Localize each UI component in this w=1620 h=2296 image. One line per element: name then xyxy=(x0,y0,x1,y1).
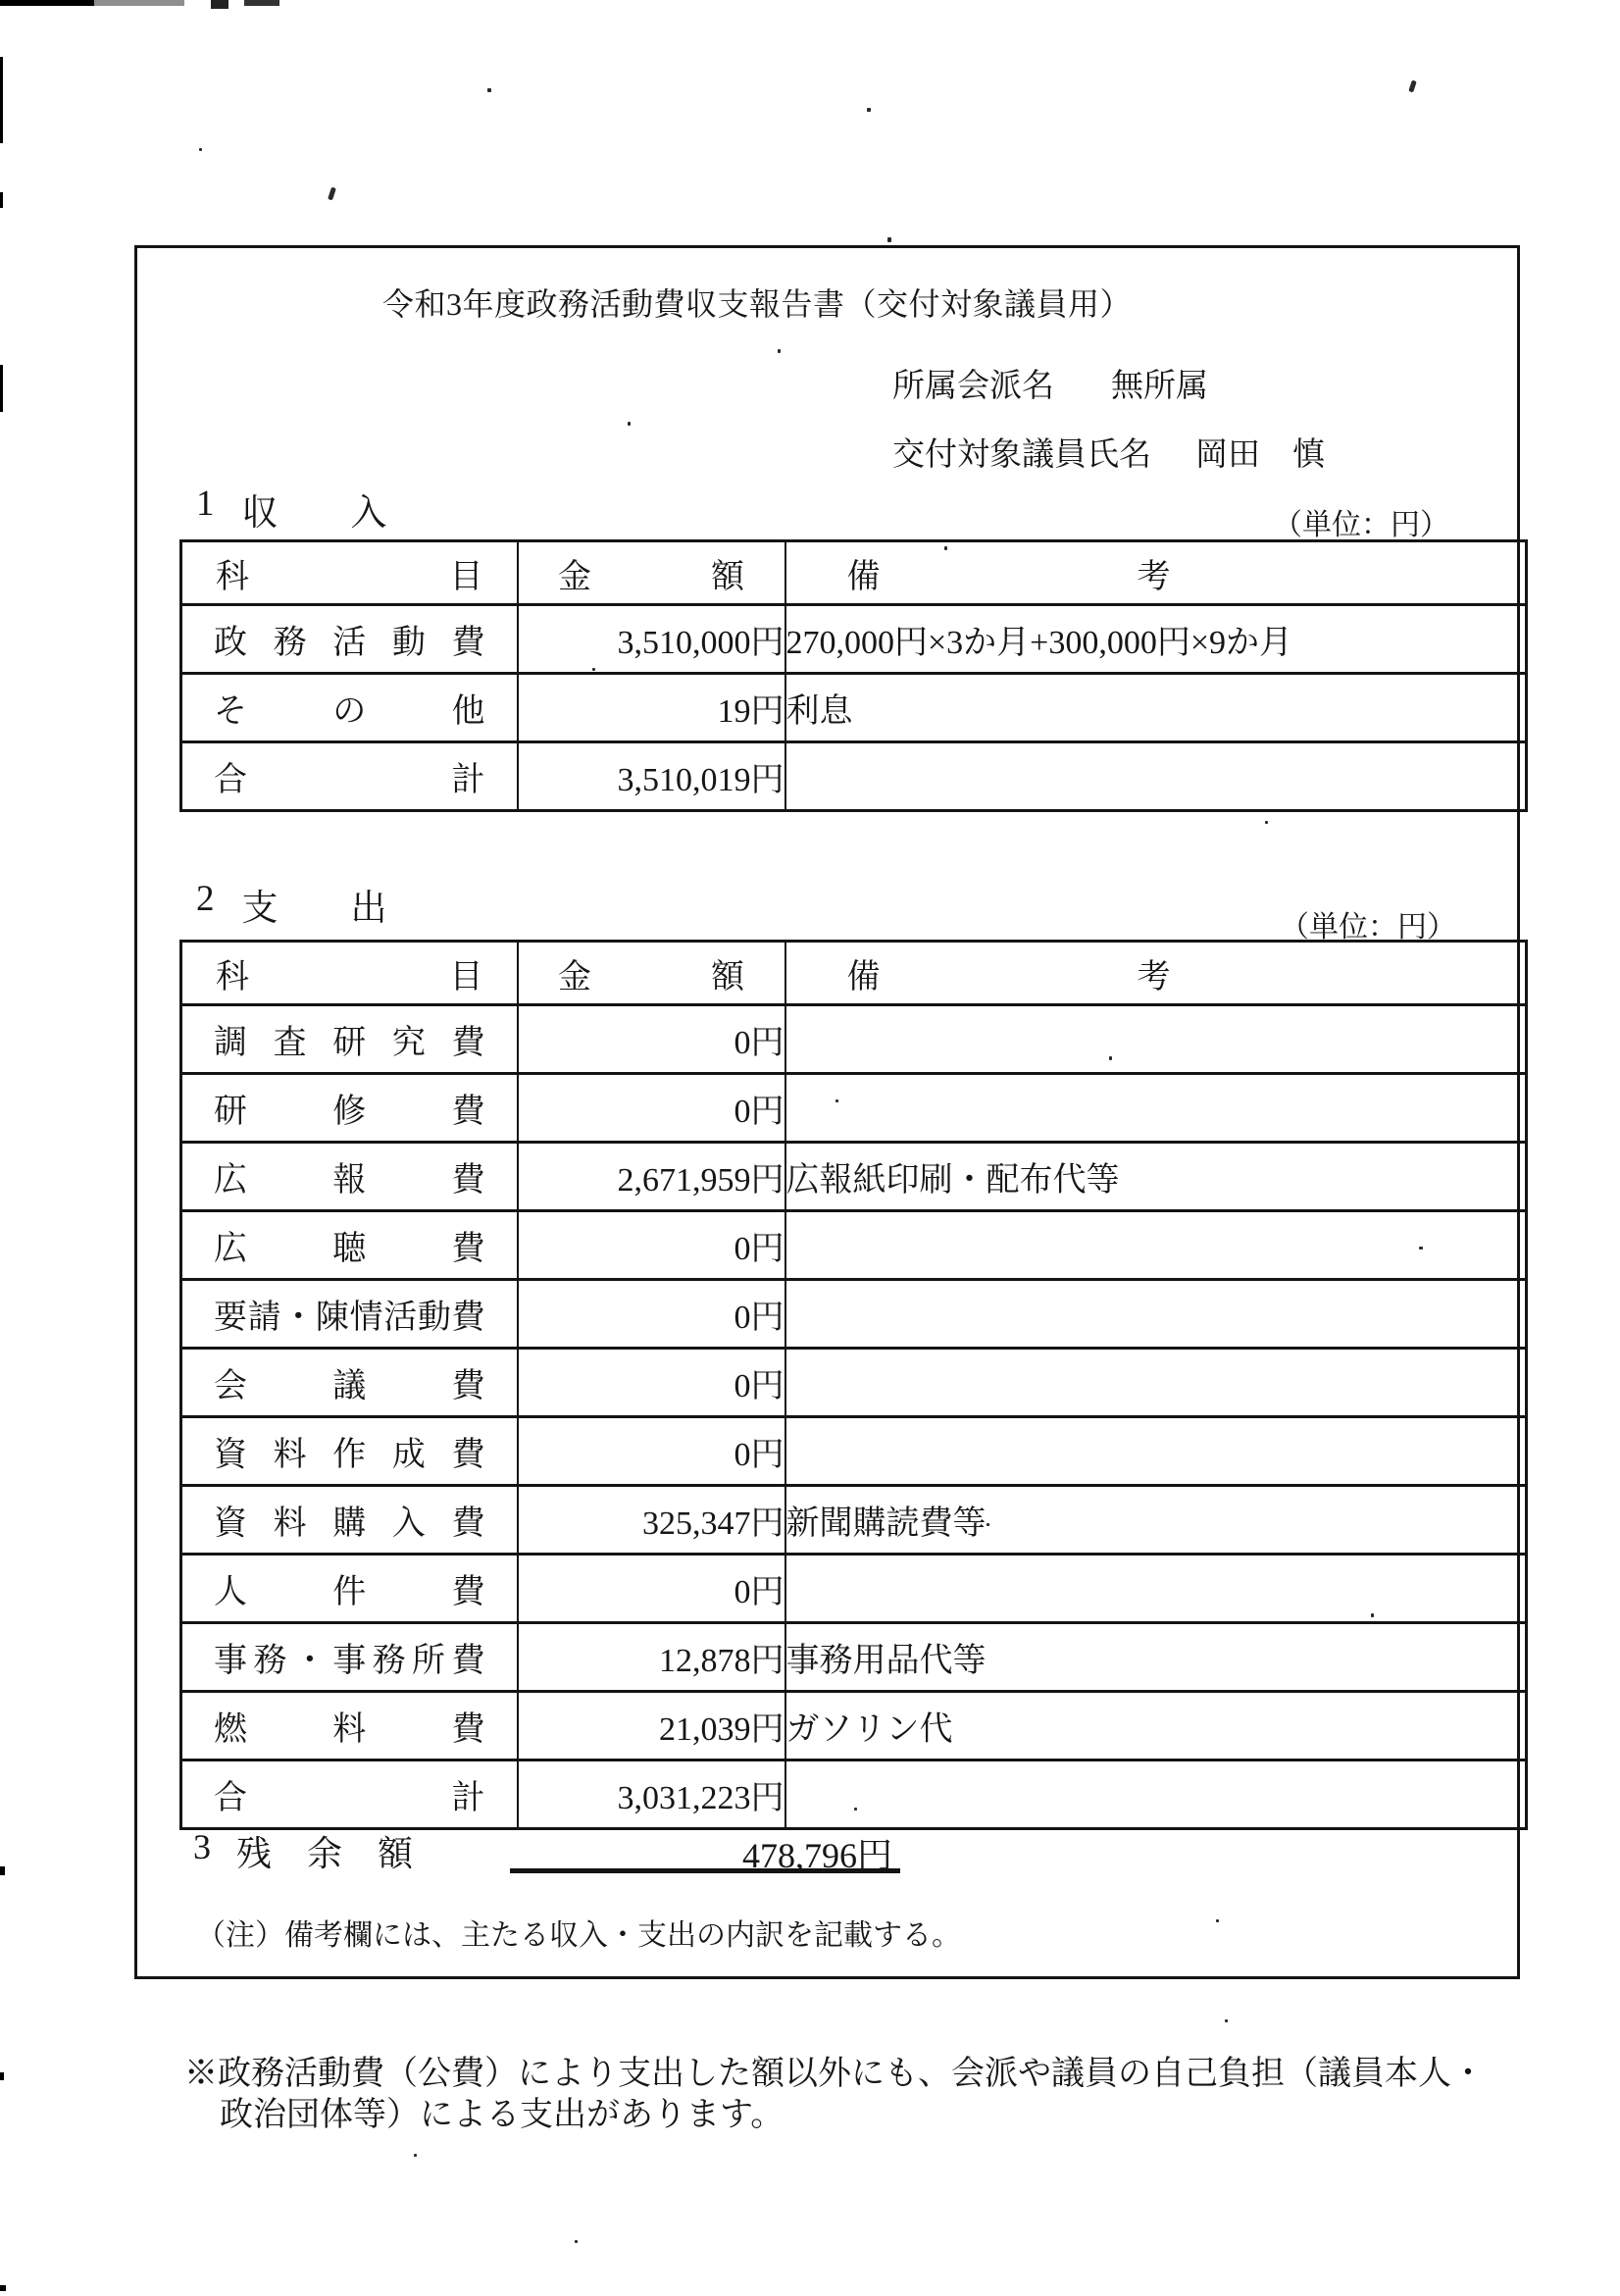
member-name-label: 交付対象議員氏名 xyxy=(892,429,1151,475)
income-amount-cell: 3,510,019円 xyxy=(518,742,785,811)
expense-amount-cell: 0円 xyxy=(518,1074,785,1143)
expense-item-cell: 事務・事務所費 xyxy=(181,1623,518,1692)
expense-amount-cell: 2,671,959円 xyxy=(518,1143,785,1211)
income-note-cell: 利息 xyxy=(785,674,1527,742)
expense-table: 科目金額備考 調査研究費0円研修費0円広報費2,671,959円広報紙印刷・配布… xyxy=(179,940,1528,1830)
scan-artifact xyxy=(0,365,3,412)
remarks-note: （注）備考欄には、主たる収入・支出の内訳を記載する。 xyxy=(196,1911,961,1954)
expense-note-cell: 新聞購読費等 xyxy=(785,1486,1527,1555)
income-item-cell: その他 xyxy=(181,674,518,742)
expense-amount-cell: 0円 xyxy=(518,1005,785,1074)
expense-note-cell: ガソリン代 xyxy=(785,1692,1527,1760)
scan-artifact xyxy=(0,0,94,6)
income-table: 科目金額備考 政務活動費3,510,000円270,000円×3か月+300,0… xyxy=(179,539,1528,812)
section-expense-heading: 2 支 出 xyxy=(196,878,387,931)
income-column-header: 金額 xyxy=(518,541,785,605)
expense-amount-cell: 0円 xyxy=(518,1211,785,1280)
expense-row: 人件費0円 xyxy=(181,1555,1527,1623)
expense-row: 広報費2,671,959円広報紙印刷・配布代等 xyxy=(181,1143,1527,1211)
expense-amount-cell: 0円 xyxy=(518,1280,785,1349)
expense-amount-cell: 0円 xyxy=(518,1417,785,1486)
expense-note-cell xyxy=(785,1211,1527,1280)
section-balance-heading: 3 残 余 額 xyxy=(193,1826,413,1876)
scanned-report-page: 令和3年度政務活動費収支報告書（交付対象議員用） 所属会派名 無所属 交付対象議… xyxy=(0,0,1620,2296)
scan-artifact xyxy=(0,1866,5,1875)
expense-row: 要請・陳情活動費0円 xyxy=(181,1280,1527,1349)
expense-item-cell: 人件費 xyxy=(181,1555,518,1623)
expense-row: 資料作成費0円 xyxy=(181,1417,1527,1486)
section-income-title: 収 入 xyxy=(242,483,387,536)
scan-speck xyxy=(1225,2019,1228,2022)
scan-artifact xyxy=(0,2072,4,2080)
expense-row: 合計3,031,223円 xyxy=(181,1760,1527,1829)
scan-artifact xyxy=(94,0,184,6)
expense-row: 研修費0円 xyxy=(181,1074,1527,1143)
expense-amount-cell: 21,039円 xyxy=(518,1692,785,1760)
expense-item-cell: 資料購入費 xyxy=(181,1486,518,1555)
scan-artifact xyxy=(0,2285,6,2291)
expense-note-cell: 広報紙印刷・配布代等 xyxy=(785,1143,1527,1211)
income-item-cell: 合計 xyxy=(181,742,518,811)
income-row: その他19円利息 xyxy=(181,674,1527,742)
member-name-value: 岡田 慎 xyxy=(1195,429,1325,475)
expense-row: 調査研究費0円 xyxy=(181,1005,1527,1074)
income-amount-cell: 19円 xyxy=(518,674,785,742)
scan-speck xyxy=(575,2240,578,2243)
income-note-cell xyxy=(785,742,1527,811)
section-income-number: 1 xyxy=(196,483,215,536)
expense-amount-cell: 0円 xyxy=(518,1349,785,1417)
section-expense-title: 支 出 xyxy=(242,878,387,931)
expense-amount-cell: 325,347円 xyxy=(518,1486,785,1555)
member-name-line: 交付対象議員氏名 岡田 慎 xyxy=(892,429,1325,475)
scan-artifact xyxy=(0,192,3,208)
scan-speck xyxy=(328,187,336,201)
footnote-line-2: 政治団体等）による支出があります。 xyxy=(220,2087,784,2135)
expense-item-cell: 調査研究費 xyxy=(181,1005,518,1074)
income-item-cell: 政務活動費 xyxy=(181,605,518,674)
scan-artifact xyxy=(0,57,3,143)
expense-item-cell: 燃料費 xyxy=(181,1692,518,1760)
section-balance-title: 残 余 額 xyxy=(236,1826,413,1876)
income-header-row: 科目金額備考 xyxy=(181,541,1527,605)
income-row: 合計3,510,019円 xyxy=(181,742,1527,811)
expense-item-cell: 要請・陳情活動費 xyxy=(181,1280,518,1349)
section-income-heading: 1 収 入 xyxy=(196,483,387,536)
expense-item-cell: 会議費 xyxy=(181,1349,518,1417)
expense-row: 事務・事務所費12,878円事務用品代等 xyxy=(181,1623,1527,1692)
scan-speck xyxy=(487,88,491,92)
expense-header-row: 科目金額備考 xyxy=(181,942,1527,1005)
expense-note-cell: 事務用品代等 xyxy=(785,1623,1527,1692)
expense-item-cell: 広報費 xyxy=(181,1143,518,1211)
expense-row: 広聴費0円 xyxy=(181,1211,1527,1280)
income-amount-cell: 3,510,000円 xyxy=(518,605,785,674)
scan-artifact xyxy=(211,0,228,9)
expense-column-header: 科目 xyxy=(181,942,518,1005)
expense-item-cell: 研修費 xyxy=(181,1074,518,1143)
expense-column-header: 備考 xyxy=(785,942,1527,1005)
expense-column-header: 金額 xyxy=(518,942,785,1005)
income-unit-note: （単位：円） xyxy=(1273,500,1449,543)
expense-row: 会議費0円 xyxy=(181,1349,1527,1417)
scan-speck xyxy=(199,148,202,151)
scan-speck xyxy=(1408,80,1416,93)
expense-row: 燃料費21,039円ガソリン代 xyxy=(181,1692,1527,1760)
income-note-cell: 270,000円×3か月+300,000円×9か月 xyxy=(785,605,1527,674)
expense-item-cell: 資料作成費 xyxy=(181,1417,518,1486)
expense-item-cell: 合計 xyxy=(181,1760,518,1829)
expense-note-cell xyxy=(785,1349,1527,1417)
scan-speck xyxy=(414,2154,417,2157)
expense-note-cell xyxy=(785,1074,1527,1143)
income-column-header: 科目 xyxy=(181,541,518,605)
scan-artifact xyxy=(244,0,279,6)
expense-row: 資料購入費325,347円新聞購読費等 xyxy=(181,1486,1527,1555)
scan-speck xyxy=(887,237,891,242)
report-title: 令和3年度政務活動費収支報告書（交付対象議員用） xyxy=(382,280,1132,325)
scan-speck xyxy=(867,108,871,112)
expense-note-cell xyxy=(785,1280,1527,1349)
section-expense-number: 2 xyxy=(196,878,215,931)
income-column-header: 備考 xyxy=(785,541,1527,605)
affiliation-line: 所属会派名 無所属 xyxy=(892,360,1208,406)
balance-underline xyxy=(510,1868,900,1873)
affiliation-value: 無所属 xyxy=(1111,360,1208,406)
expense-amount-cell: 12,878円 xyxy=(518,1623,785,1692)
income-row: 政務活動費3,510,000円270,000円×3か月+300,000円×9か月 xyxy=(181,605,1527,674)
expense-note-cell xyxy=(785,1555,1527,1623)
expense-note-cell xyxy=(785,1005,1527,1074)
expense-note-cell xyxy=(785,1417,1527,1486)
expense-amount-cell: 3,031,223円 xyxy=(518,1760,785,1829)
affiliation-label: 所属会派名 xyxy=(892,360,1054,406)
expense-note-cell xyxy=(785,1760,1527,1829)
expense-amount-cell: 0円 xyxy=(518,1555,785,1623)
section-balance-number: 3 xyxy=(193,1826,211,1876)
expense-item-cell: 広聴費 xyxy=(181,1211,518,1280)
